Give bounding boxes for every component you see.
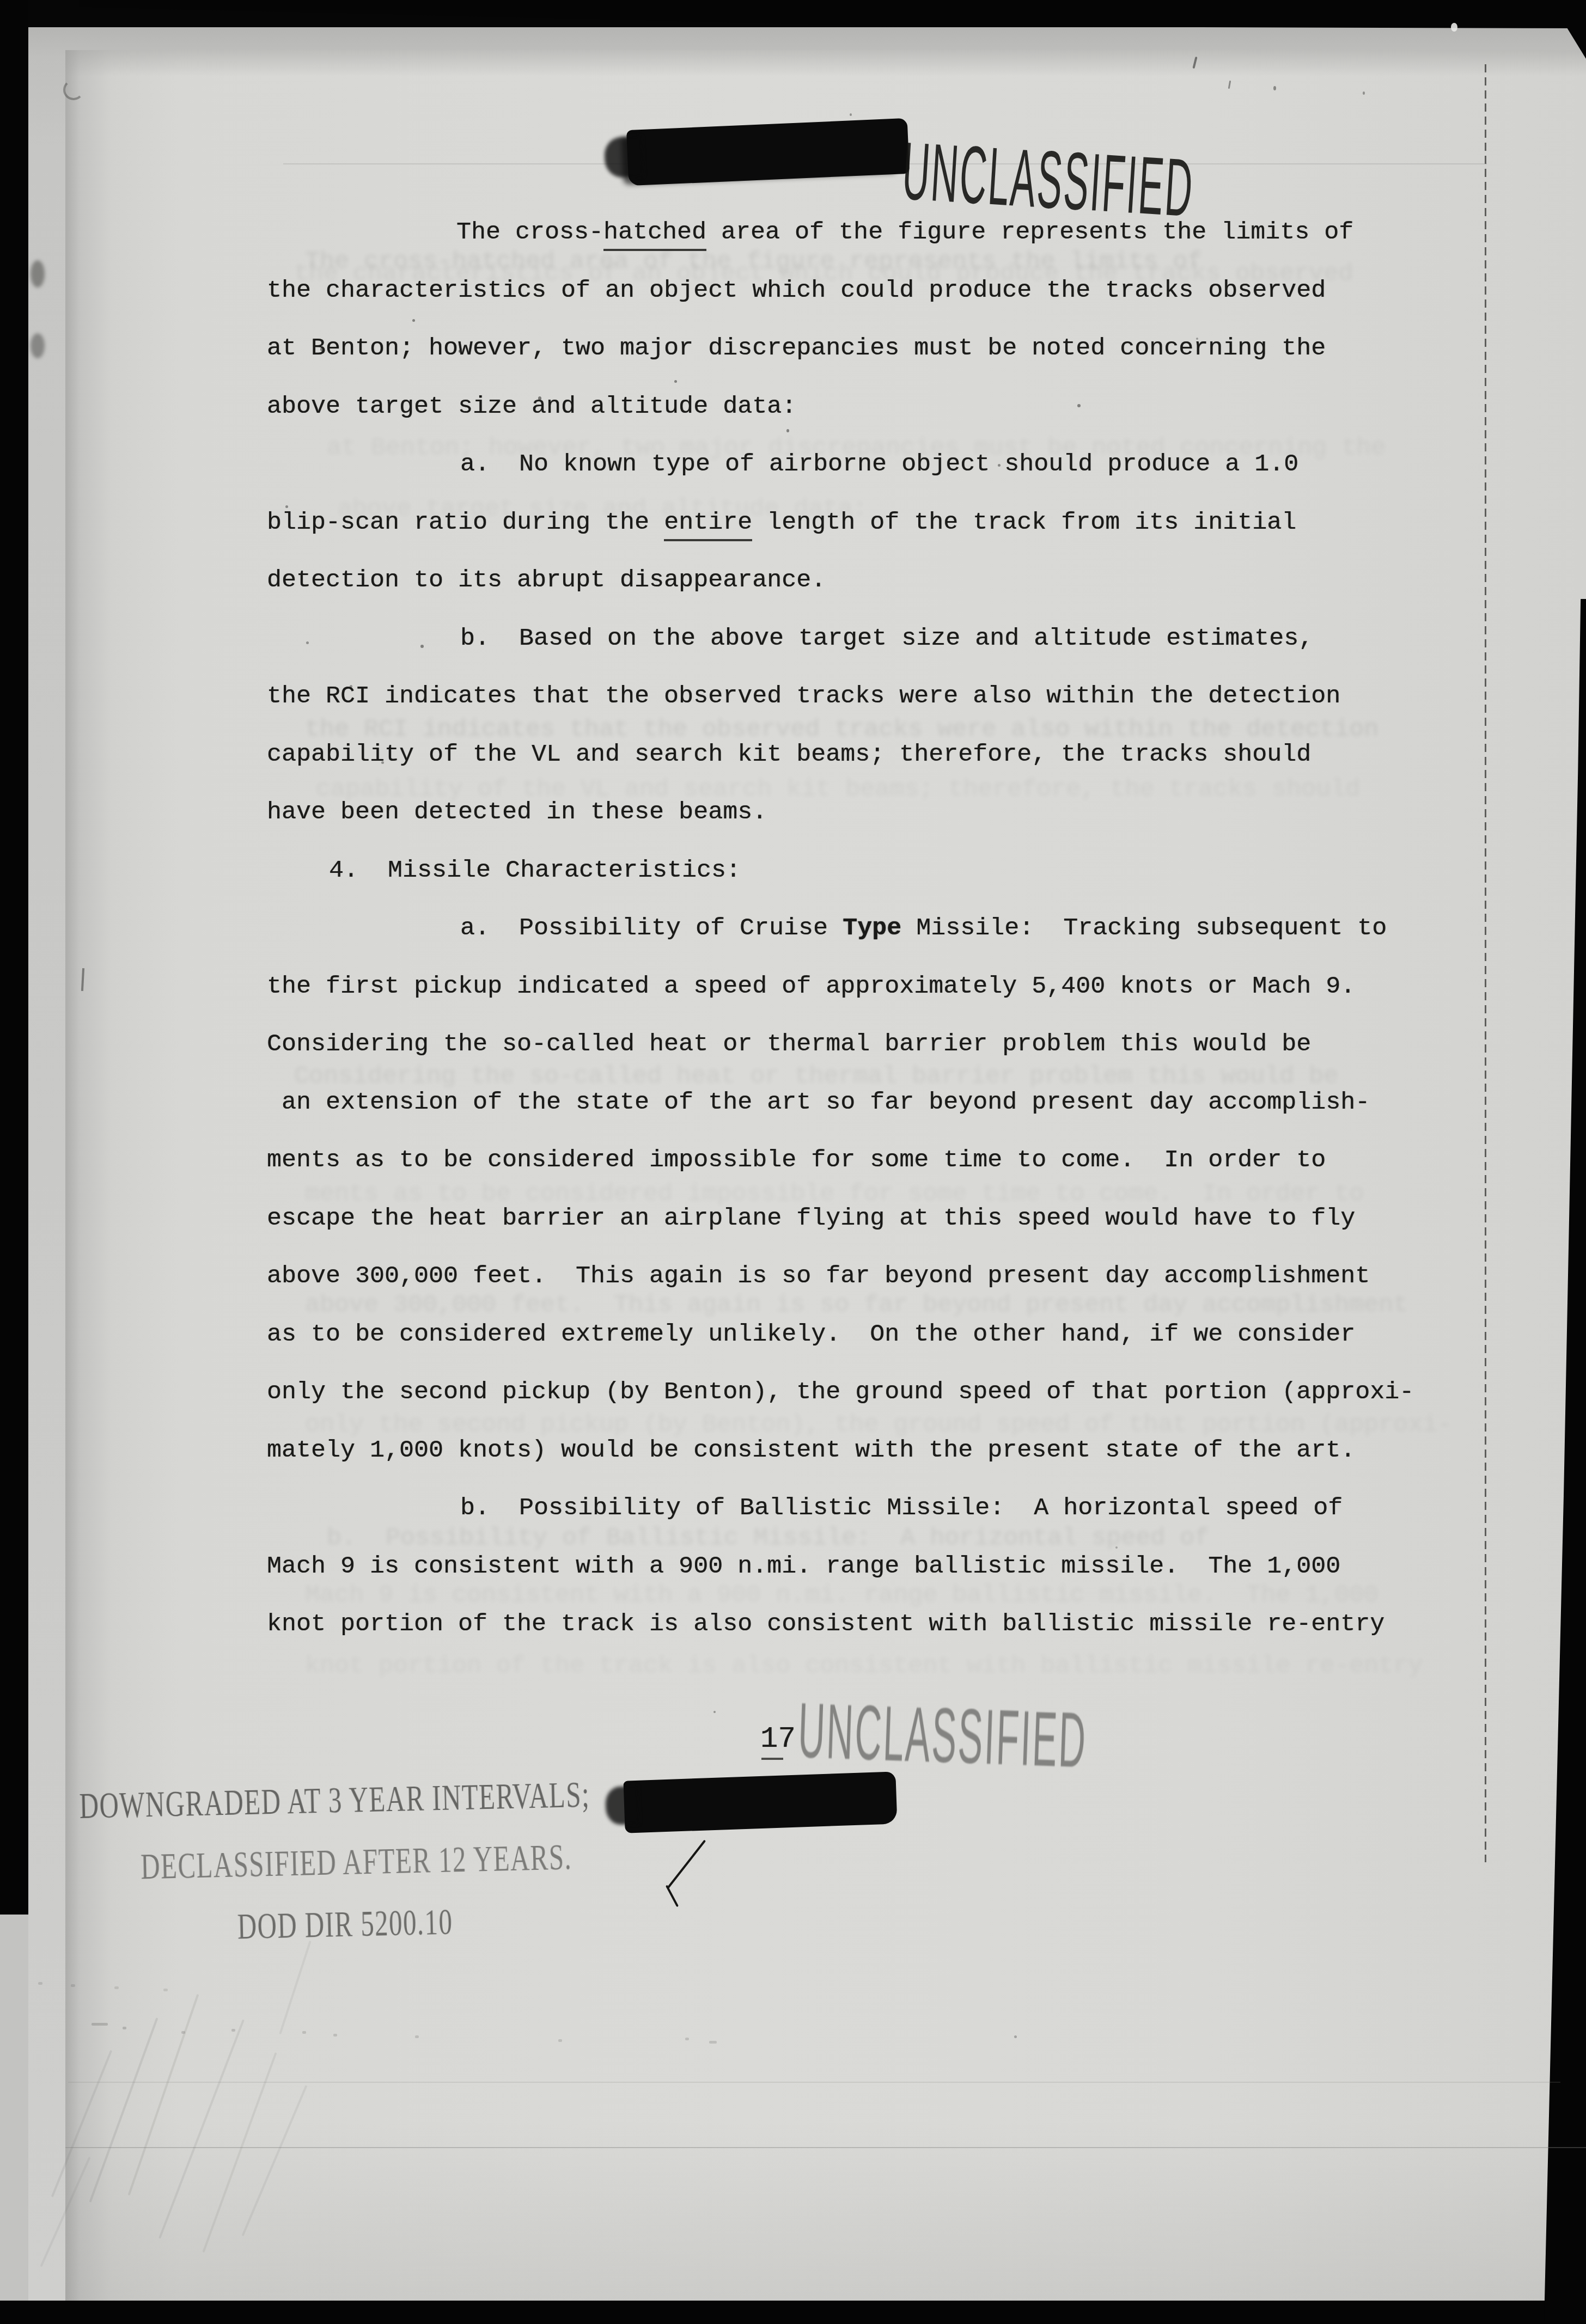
- scan-border-bottom: [0, 2301, 1586, 2324]
- scan-border-left: [0, 0, 28, 1915]
- text-segment: knot portion of the track is also consis…: [267, 1610, 1384, 1638]
- typed-line: mately 1,000 knots) would be consistent …: [267, 1437, 1355, 1464]
- typed-line: as to be considered extremely unlikely. …: [267, 1321, 1355, 1348]
- ink-speck: [998, 464, 1001, 467]
- overtyped-text: Type: [843, 914, 901, 942]
- pencil-dot: [709, 2041, 717, 2044]
- ink-speck: [350, 685, 352, 688]
- ink-speck: [412, 319, 415, 322]
- text-segment: capability of the VL and search kit beam…: [267, 741, 1311, 768]
- ink-speck: [1273, 86, 1276, 90]
- text-segment: b. Based on the above target size and al…: [460, 625, 1313, 652]
- typed-line: The cross-hatched area of the figure rep…: [456, 219, 1353, 246]
- page-number-underline: [761, 1758, 783, 1760]
- ghost-text-impression: at Benton; however, two major discrepanc…: [327, 435, 1386, 462]
- ink-speck: [1363, 91, 1365, 95]
- ink-speck: [1115, 1546, 1118, 1549]
- ink-speck: [1077, 404, 1081, 407]
- pencil-dot: [181, 2031, 185, 2034]
- redacted-secret-stamp-bottom: [623, 1771, 897, 1833]
- text-segment: at Benton; however, two major discrepanc…: [267, 334, 1326, 362]
- typed-line: b. Possibility of Ballistic Missile: A h…: [460, 1495, 1343, 1522]
- pencil-dot: [302, 2031, 306, 2034]
- typed-line: a. Possibility of Cruise Type Missile: T…: [460, 915, 1387, 942]
- pencil-dot: [123, 2027, 126, 2029]
- typed-line: an extension of the state of the art so …: [282, 1089, 1370, 1116]
- ghost-text-impression: the characteristics of an object which c…: [294, 260, 1353, 288]
- typed-line: knot portion of the track is also consis…: [267, 1611, 1384, 1638]
- ghost-text-impression: the RCI indicates that the observed trac…: [305, 716, 1378, 743]
- typed-line: above 300,000 feet. This again is so far…: [267, 1263, 1370, 1290]
- ink-speck: [285, 505, 288, 508]
- pencil-dot: [415, 2035, 419, 2038]
- ink-speck: [674, 380, 677, 383]
- text-segment: Mach 9 is consistent with a 900 n.mi. ra…: [267, 1552, 1340, 1580]
- typed-line: escape the heat barrier an airplane flyi…: [267, 1205, 1355, 1232]
- scan-border-top: [79, 0, 1586, 28]
- pencil-dot: [38, 1982, 42, 1985]
- ghost-text-impression: ments as to be considered impossible for…: [305, 1181, 1364, 1208]
- paper-edge-smudge: [30, 333, 45, 358]
- typed-line: 4. Missile Characteristics:: [329, 857, 741, 884]
- text-segment: Missile: Tracking subsequent to: [901, 914, 1387, 942]
- ink-speck: [850, 113, 852, 116]
- text-segment: b. Possibility of Ballistic Missile: A h…: [460, 1494, 1343, 1522]
- text-segment: the first pickup indicated a speed of ap…: [267, 973, 1355, 1000]
- ink-speck: [1014, 2035, 1017, 2038]
- scan-crease-line: [68, 2082, 1560, 2083]
- paper-bottom-edge-line: [65, 2147, 1586, 2148]
- typed-line: only the second pickup (by Benton), the …: [267, 1379, 1414, 1406]
- text-segment: only the second pickup (by Benton), the …: [267, 1378, 1414, 1406]
- declassification-stamp-line2: DECLASSIFIED AFTER 12 YEARS.: [140, 1838, 572, 1885]
- underlined-text: hatched: [603, 218, 706, 251]
- typed-line: at Benton; however, two major discrepanc…: [267, 335, 1326, 362]
- typed-line: the first pickup indicated a speed of ap…: [267, 973, 1355, 1000]
- pencil-dot: [163, 1989, 168, 1991]
- ink-speck: [420, 645, 424, 648]
- text-segment: escape the heat barrier an airplane flyi…: [267, 1204, 1355, 1232]
- typed-line: b. Based on the above target size and al…: [460, 625, 1313, 652]
- paper-sheet: [65, 50, 1586, 2301]
- text-segment: an extension of the state of the art so …: [282, 1088, 1370, 1116]
- pencil-dot: [231, 2029, 235, 2032]
- text-segment: The cross-: [456, 218, 603, 246]
- ink-speck: [538, 396, 541, 400]
- ghost-text-impression: capability of the VL and search kit beam…: [316, 776, 1360, 803]
- pencil-dot: [114, 1986, 119, 1989]
- pencil-dot: [558, 2039, 562, 2042]
- pencil-dot: [685, 2038, 689, 2040]
- text-segment: area of the figure represents the limits…: [706, 218, 1353, 246]
- ghost-text-impression: knot portion of the track is also consis…: [305, 1653, 1423, 1680]
- text-segment: Considering the so-called heat or therma…: [267, 1030, 1311, 1058]
- scan-dust-speck: [1451, 23, 1457, 32]
- typed-line: above target size and altitude data:: [267, 393, 796, 420]
- vertical-fold-line: [1485, 64, 1486, 1862]
- ghost-text-impression: only the second pickup (by Benton), the …: [305, 1411, 1452, 1439]
- pencil-dot: [91, 2023, 108, 2026]
- text-segment: above target size and altitude data:: [267, 393, 796, 420]
- pencil-curve-mark: [63, 79, 84, 100]
- declassification-stamp-line3: DOD DIR 5200.10: [237, 1903, 453, 1945]
- ghost-text-impression: above target size and altitude data:: [338, 496, 867, 523]
- ink-speck: [1196, 338, 1198, 340]
- typed-line: the RCI indicates that the observed trac…: [267, 683, 1340, 710]
- unclassified-stamp-top: UNCLASSIFIED: [900, 130, 1197, 229]
- typed-line: Considering the so-called heat or therma…: [267, 1031, 1311, 1058]
- ghost-text-impression: Mach 9 is consistent with a 900 n.mi. ra…: [305, 1582, 1378, 1609]
- paper-edge-smudge: [30, 260, 45, 288]
- text-segment: 4. Missile Characteristics:: [329, 857, 741, 884]
- ghost-text-impression: Considering the so-called heat or therma…: [294, 1063, 1338, 1090]
- pencil-dot: [333, 2034, 337, 2036]
- typed-line: capability of the VL and search kit beam…: [267, 741, 1311, 768]
- pencil-dot: [71, 1984, 75, 1987]
- ink-speck: [320, 347, 324, 351]
- ink-speck: [713, 1711, 716, 1713]
- page-number: 17: [760, 1725, 796, 1754]
- scanned-document-page: { "document": { "classification_stamp_to…: [0, 0, 1586, 2324]
- typed-line: ments as to be considered impossible for…: [267, 1147, 1326, 1174]
- typed-line: Mach 9 is consistent with a 900 n.mi. ra…: [267, 1553, 1340, 1580]
- text-segment: above 300,000 feet. This again is so far…: [267, 1262, 1370, 1290]
- text-segment: a. Possibility of Cruise: [460, 914, 843, 942]
- text-segment: detection to its abrupt disappearance.: [267, 566, 826, 594]
- ink-speck: [306, 641, 309, 644]
- text-segment: mately 1,000 knots) would be consistent …: [267, 1436, 1355, 1464]
- ink-speck: [381, 761, 384, 764]
- ink-speck: [459, 350, 462, 353]
- text-segment: ments as to be considered impossible for…: [267, 1146, 1326, 1174]
- text-segment: as to be considered extremely unlikely. …: [267, 1320, 1355, 1348]
- ghost-text-impression: b. Possibility of Ballistic Missile: A h…: [327, 1525, 1209, 1552]
- text-segment: the RCI indicates that the observed trac…: [267, 682, 1340, 710]
- ink-speck: [786, 429, 789, 432]
- scan-mat-lower-left: [0, 1915, 28, 2301]
- ghost-text-impression: above 300,000 feet. This again is so far…: [305, 1292, 1408, 1319]
- unclassified-stamp-bottom: UNCLASSIFIED: [797, 1692, 1088, 1779]
- typed-line: detection to its abrupt disappearance.: [267, 567, 826, 594]
